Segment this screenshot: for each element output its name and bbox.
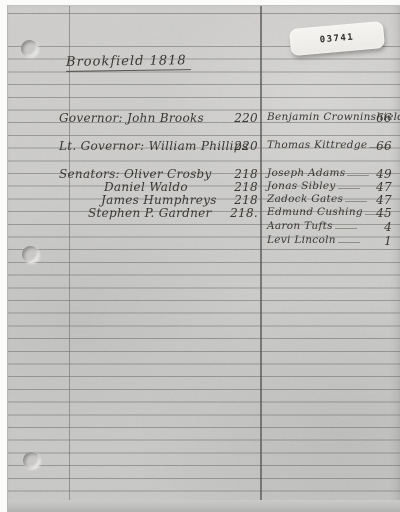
opponent-vote-count: 45 <box>366 206 392 220</box>
ledger-row-lt-governor: Lt. Governor: William Phillips 220 Thoma… <box>8 139 400 153</box>
candidate: Daniel Waldo <box>104 180 188 194</box>
candidate: Stephen P. Gardner <box>88 206 212 220</box>
opponent-vote-count: 66 <box>366 111 392 125</box>
office-and-candidate: Senators: Oliver Crosby <box>59 167 212 181</box>
office-and-candidate: Governor: John Brooks <box>59 111 204 125</box>
hole-punch-middle <box>22 246 39 263</box>
opponent-vote-count: 4 <box>366 220 392 234</box>
vote-count: 218 <box>230 180 258 194</box>
candidate: James Humphreys <box>101 193 217 207</box>
opponent-vote-count: 66 <box>366 139 392 153</box>
opponent-candidate: Aaron Tufts <box>267 220 357 232</box>
ledger-row-senator-1: Senators: Oliver Crosby 218 Joseph Adams… <box>8 167 400 181</box>
ledger-row-senator-2: Daniel Waldo 218 Jonas Sibley 47 <box>8 180 400 194</box>
vote-count: 218 <box>230 193 258 207</box>
sticker-number: 03741 <box>319 32 354 45</box>
top-ruled-line <box>8 13 400 14</box>
vote-count: 218. <box>230 206 258 220</box>
hole-punch-bottom <box>23 452 40 469</box>
opponent-candidate: Jonas Sibley <box>267 180 360 192</box>
vote-count: 220 <box>230 111 258 125</box>
ledger-row-governor: Governor: John Brooks 220 Benjamin Crown… <box>8 111 400 125</box>
vote-count: 220 <box>230 139 258 153</box>
opponent-vote-count: 1 <box>366 234 392 248</box>
ledger-row-senator-6: Levi Lincoln 1 <box>8 234 400 248</box>
opponent-candidate: Levi Lincoln <box>267 234 360 246</box>
vote-count: 218 <box>230 167 258 181</box>
left-margin-line <box>69 6 70 512</box>
scanned-page: 03741 Brookfield 1818 Governor: John Bro… <box>7 5 400 512</box>
ledger-row-senator-4: Stephen P. Gardner 218. Edmund Cushing 4… <box>8 206 400 220</box>
opponent-vote-count: 47 <box>366 193 392 207</box>
opponent-candidate: Joseph Adams <box>267 167 369 179</box>
ledger-row-senator-5: Aaron Tufts 4 <box>8 220 400 234</box>
page-bottom-edge <box>8 500 400 512</box>
ledger-row-senator-3: James Humphreys 218 Zadock Gates 47 <box>8 193 400 207</box>
office-and-candidate: Lt. Governor: William Phillips <box>59 139 248 153</box>
scanned-ledger-screenshot: { "document": { "title": "Brookfield 181… <box>0 0 400 512</box>
page-title: Brookfield 1818 <box>66 53 191 72</box>
opponent-candidate: Zadock Gates <box>267 193 367 205</box>
opponent-vote-count: 49 <box>366 167 392 181</box>
hole-punch-top <box>21 40 38 57</box>
opponent-vote-count: 47 <box>366 180 392 194</box>
center-divider-line <box>260 6 262 507</box>
